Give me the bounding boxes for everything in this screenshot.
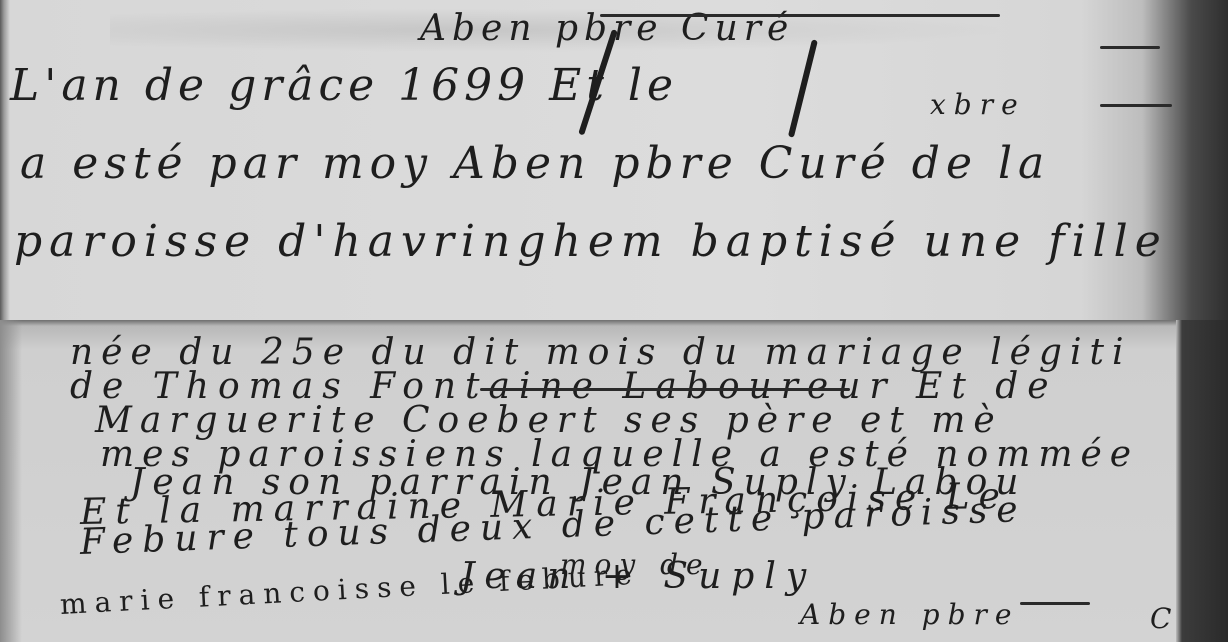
signature-marie-francoisse: marie francoisse le febure — [59, 558, 640, 621]
header-rule-right — [1100, 46, 1160, 49]
record-line-3: paroisse d'havringhem baptisé une fille — [14, 216, 1168, 267]
record-line-1-month: xbre — [930, 88, 1026, 121]
record-line-1: L'an de grâce 1699 Et le — [10, 60, 678, 111]
bottom-page-fragment: née du 25e du dit mois du mariage légiti… — [0, 320, 1228, 642]
header-underline — [600, 14, 1000, 17]
top-page-fragment: Aben pbre Curé L'an de grâce 1699 Et le … — [0, 0, 1228, 320]
record-line-2: a esté par moy Aben pbre Curé de la — [20, 138, 1050, 189]
flourish-stroke — [788, 39, 818, 137]
signature-cure: Curé — [1150, 602, 1228, 635]
name-underline — [480, 388, 850, 391]
document-scan: Aben pbre Curé L'an de grâce 1699 Et le … — [0, 0, 1228, 642]
signature-overline — [1020, 602, 1090, 605]
signature-priest: Aben pbre — [800, 598, 1019, 631]
line-1-fill-rule — [1100, 104, 1172, 107]
